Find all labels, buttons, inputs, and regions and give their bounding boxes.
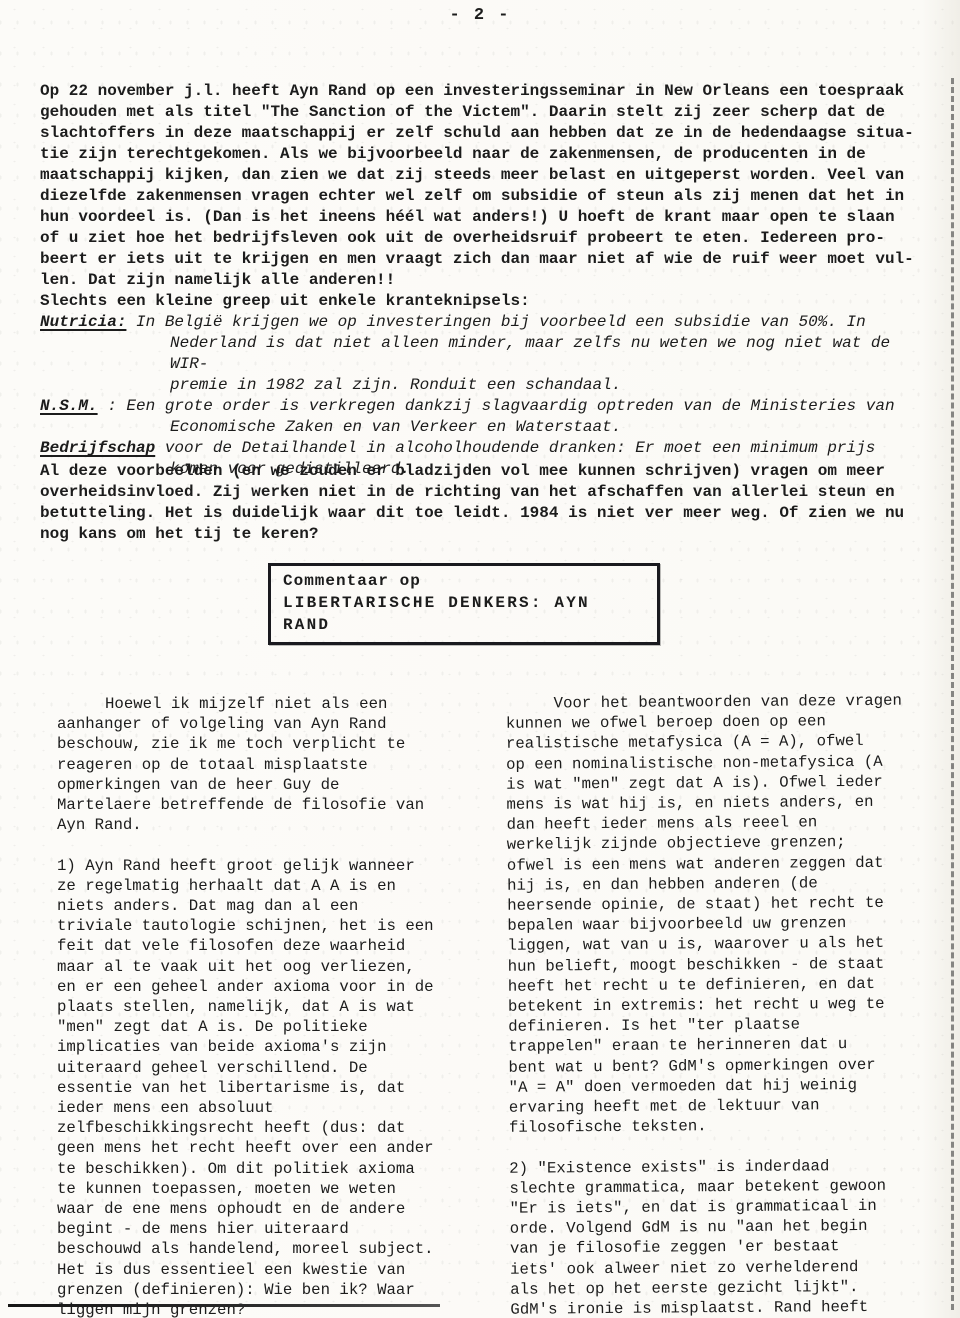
clipping-nsm: N.S.M. : Een grote order is verkregen da… [40, 396, 928, 438]
right-column-paragraph-1: Voor het beantwoorden van deze vragen ku… [506, 690, 959, 1138]
right-column-paragraph-2: 2) "Existence exists" is inderdaad slech… [509, 1155, 960, 1318]
clipping-text: : Een grote order is verkregen dankzij s… [98, 397, 895, 436]
clipping-text: In België krijgen we op investeringen bi… [126, 313, 890, 394]
commentary-title-box: Commentaar op LIBERTARISCHE DENKERS: AYN… [268, 563, 660, 645]
clipping-label: Bedrijfschap [40, 439, 155, 457]
conclusion-paragraph: Al deze voorbeelden (en we zouden er bla… [40, 461, 928, 545]
right-column: Voor het beantwoorden van deze vragen ku… [506, 690, 960, 1318]
left-column-paragraph-1: Hoewel ik mijzelf niet als een aanhanger… [57, 694, 487, 835]
right-margin-dashed-line [951, 78, 954, 1310]
left-column: Hoewel ik mijzelf niet als een aanhanger… [57, 694, 487, 1318]
bottom-scan-line [8, 1304, 440, 1307]
clipping-label: N.S.M. [40, 397, 98, 415]
clipping-label: Nutricia: [40, 313, 126, 331]
left-column-paragraph-2: 1) Ayn Rand heeft groot gelijk wanneer z… [57, 856, 487, 1318]
clippings-header: Slechts een kleine greep uit enkele kran… [40, 291, 928, 312]
scanned-document-page: - 2 - Op 22 november j.l. heeft Ayn Rand… [0, 0, 960, 1318]
page-number: - 2 - [0, 6, 960, 25]
commentary-box-line2: LIBERTARISCHE DENKERS: AYN RAND [283, 592, 647, 636]
commentary-box-line1: Commentaar op [283, 570, 647, 592]
intro-paragraph: Op 22 november j.l. heeft Ayn Rand op ee… [40, 81, 928, 291]
clipping-nutricia: Nutricia: In België krijgen we op invest… [40, 312, 928, 396]
clippings-section: Slechts een kleine greep uit enkele kran… [40, 291, 928, 480]
